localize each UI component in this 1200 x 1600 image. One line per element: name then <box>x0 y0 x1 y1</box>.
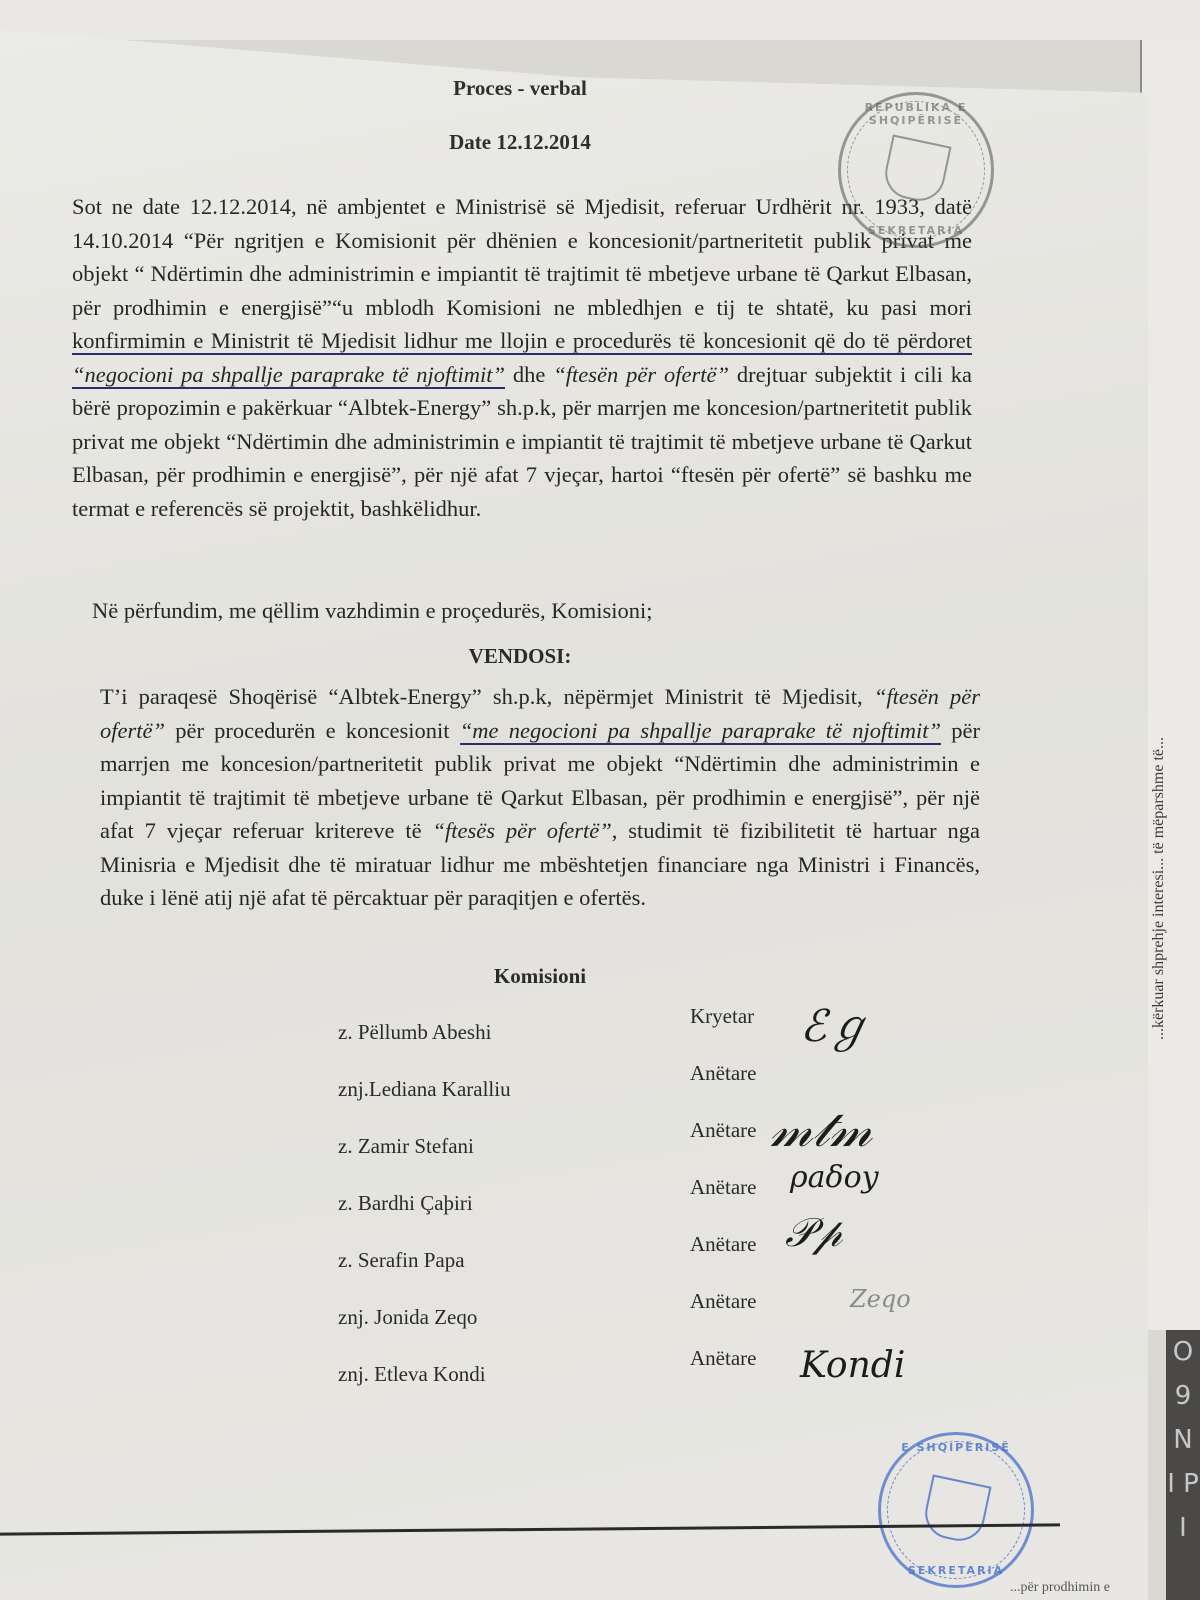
member-role: Kryetar <box>690 1004 754 1029</box>
member-row: znj.Lediana Karalliu Anëtare <box>338 1073 1038 1130</box>
member-name: z. Zamir Stefani <box>338 1134 474 1159</box>
signature-chair: ℰℊ <box>800 990 871 1054</box>
member-role: Anëtare <box>690 1061 756 1086</box>
opening-paragraph: Sot ne date 12.12.2014, në ambjentet e M… <box>72 190 972 525</box>
signature-member: Kondi <box>800 1345 905 1386</box>
commission-heading: Komisioni <box>40 964 1040 989</box>
next-page-fragment: ...për prodhimin e <box>1010 1580 1110 1596</box>
document-title: Proces - verbal <box>0 76 1040 101</box>
adjacent-page-text: ...kërkuar shprehje interesi... të mëpar… <box>1150 620 1190 1040</box>
member-role: Anëtare <box>690 1118 756 1143</box>
procedure-type-quote-2: “me negocioni pa shpallje paraprake të n… <box>460 718 941 745</box>
member-row: znj. Etleva Kondi Anëtare <box>338 1358 1038 1415</box>
member-row: znj. Jonida Zeqo Anëtare <box>338 1301 1038 1358</box>
underlined-confirmation: konfirmimin e Ministrit të Mjedisit lidh… <box>72 328 972 355</box>
member-name: znj.Lediana Karalliu <box>338 1077 511 1102</box>
member-row: z. Serafin Papa Anëtare <box>338 1244 1038 1301</box>
member-row: z. Zamir Stefani Anëtare <box>338 1130 1038 1187</box>
member-name: znj. Jonida Zeqo <box>338 1305 477 1330</box>
conclusion-paragraph: Në përfundim, me qëllim vazhdimin e proç… <box>92 594 992 628</box>
decision-paragraph: T’i paraqesë Shoqërisë “Albtek-Energy” s… <box>100 680 980 915</box>
decision-heading: VENDOSI: <box>0 644 1040 669</box>
official-stamp-top: REPUBLIKA E SHQIPËRISË SEKRETARIA <box>838 92 994 248</box>
signature-member: Zeqo <box>850 1285 911 1313</box>
official-stamp-bottom: E SHQIPËRISË SEKRETARIA <box>878 1432 1034 1588</box>
signature-member: 𝒫𝓅 <box>785 1210 842 1256</box>
invitation-quote: “ftesën për ofertë” <box>553 362 729 387</box>
member-name: z. Bardhi Çaþiri <box>338 1191 473 1216</box>
member-role: Anëtare <box>690 1346 756 1371</box>
member-name: z. Pëllumb Abeshi <box>338 1020 491 1045</box>
signature-member: ρaδoy <box>790 1160 879 1195</box>
dark-edge-strip: Ο 9 Ν Ι Ρ Ι <box>1166 1330 1200 1600</box>
procedure-type-quote: “negocioni pa shpallje paraprake të njof… <box>72 362 505 389</box>
member-name: z. Serafin Papa <box>338 1248 465 1273</box>
member-name: znj. Etleva Kondi <box>338 1362 486 1387</box>
member-row: z. Bardhi Çaþiri Anëtare <box>338 1187 1038 1244</box>
commission-members: z. Pëllumb Abeshi Kryetar znj.Lediana Ka… <box>338 1016 1038 1415</box>
background-sheet <box>0 0 1200 40</box>
member-role: Anëtare <box>690 1232 756 1257</box>
member-role: Anëtare <box>690 1289 756 1314</box>
member-row: z. Pëllumb Abeshi Kryetar <box>338 1016 1038 1073</box>
member-role: Anëtare <box>690 1175 756 1200</box>
signature-member: 𝓂𝓉𝓂 <box>770 1100 872 1159</box>
